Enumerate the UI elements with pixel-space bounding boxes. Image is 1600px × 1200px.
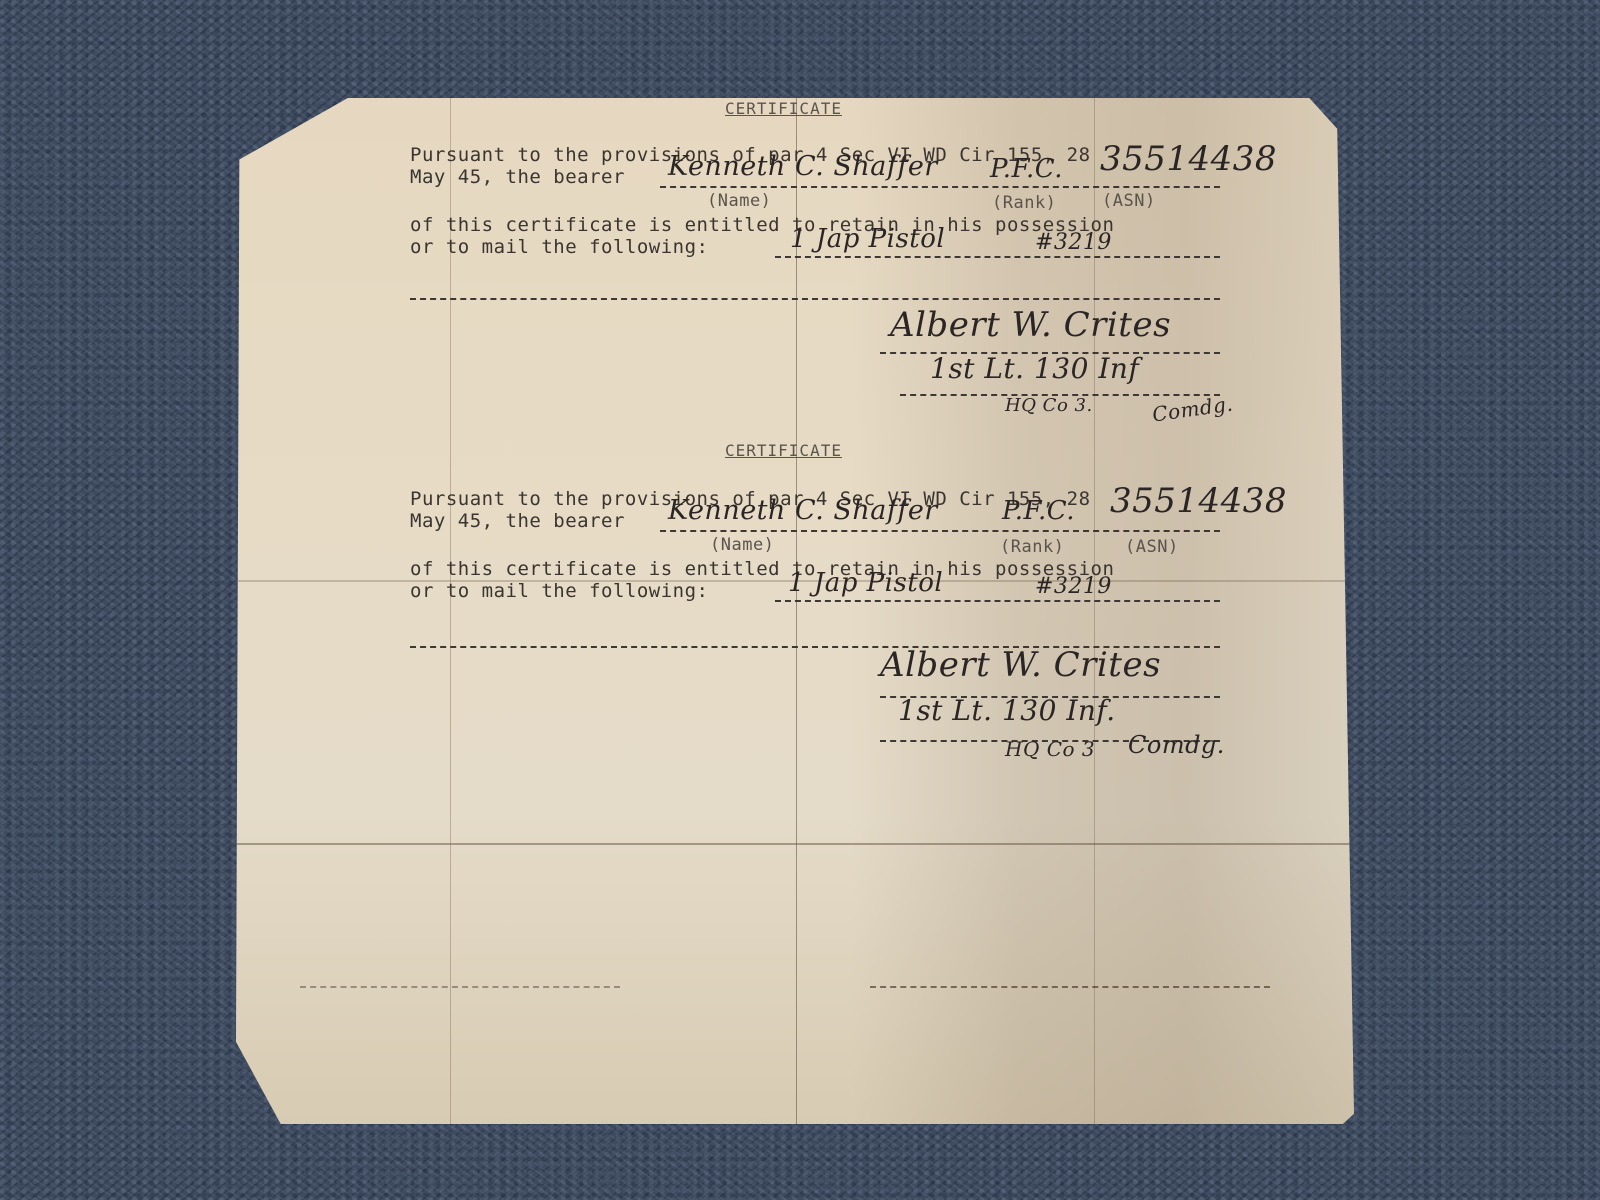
certificate-1: CERTIFICATE Pursuant to the provisions o… bbox=[410, 98, 1230, 428]
officer-title: 1st Lt. 130 Inf. bbox=[898, 700, 1116, 722]
name-caption: (Name) bbox=[707, 190, 771, 212]
certificate-title: CERTIFICATE bbox=[725, 440, 842, 462]
mail-label: or to mail the following: bbox=[410, 236, 708, 258]
officer-signature: Albert W. Crites bbox=[890, 314, 1171, 336]
entitlement-line: of this certificate is entitled to retai… bbox=[410, 214, 1114, 236]
asn-handwritten: 35514438 bbox=[1100, 148, 1277, 170]
certificate-title: CERTIFICATE bbox=[725, 98, 842, 120]
faint-blank-line bbox=[300, 986, 620, 988]
certificate-2: CERTIFICATE Pursuant to the provisions o… bbox=[410, 440, 1230, 770]
officer-title: 1st Lt. 130 Inf bbox=[930, 358, 1139, 380]
role-handwritten: Comdg. bbox=[1128, 734, 1225, 756]
asn-caption: (ASN) bbox=[1102, 190, 1156, 212]
item-handwritten: 1 Jap Pistol bbox=[790, 228, 945, 250]
mail-label: or to mail the following: bbox=[410, 580, 708, 602]
asn-caption: (ASN) bbox=[1125, 536, 1179, 558]
item-blank-line bbox=[775, 600, 1220, 602]
item-blank-line bbox=[775, 256, 1220, 258]
bearer-blank-line bbox=[660, 186, 1220, 188]
name-caption: (Name) bbox=[710, 534, 774, 556]
faint-blank-line bbox=[870, 986, 1270, 988]
rank-caption: (Rank) bbox=[992, 192, 1056, 214]
item-number-handwritten: #3219 bbox=[1035, 232, 1112, 254]
role-handwritten: Comdg. bbox=[1151, 392, 1235, 425]
extra-blank-line bbox=[410, 298, 1220, 300]
fold-crease bbox=[236, 843, 1354, 845]
bearer-label: May 45, the bearer bbox=[410, 510, 625, 532]
officer-signature: Albert W. Crites bbox=[880, 654, 1161, 676]
asn-handwritten: 35514438 bbox=[1110, 490, 1287, 512]
rank-handwritten: P.F.C. bbox=[990, 158, 1063, 180]
unit-handwritten: HQ Co 3. bbox=[1005, 395, 1093, 417]
bearer-label: May 45, the bearer bbox=[410, 166, 625, 188]
item-handwritten: 1 Jap Pistol bbox=[788, 572, 943, 594]
bearer-name-handwritten: Kenneth C. Shaffer bbox=[668, 500, 938, 522]
entitlement-line: of this certificate is entitled to retai… bbox=[410, 558, 1114, 580]
rank-caption: (Rank) bbox=[1000, 536, 1064, 558]
rank-handwritten: P.F.C. bbox=[1002, 500, 1075, 522]
bearer-name-handwritten: Kenneth C. Shaffer bbox=[668, 156, 938, 178]
item-number-handwritten: #3219 bbox=[1035, 576, 1112, 598]
unit-handwritten: HQ Co 3 bbox=[1005, 738, 1095, 760]
bearer-blank-line bbox=[660, 530, 1220, 532]
